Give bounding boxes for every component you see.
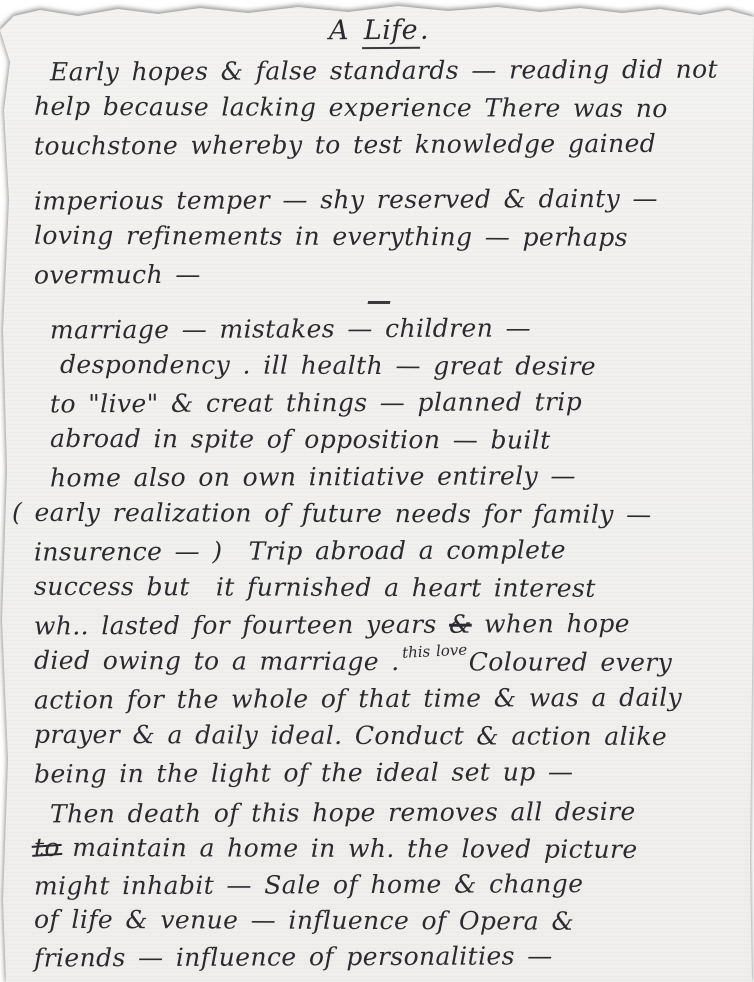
handwritten-line: success butit furnished a heart interest xyxy=(34,568,724,607)
handwritten-line: Then death of this hope removes all desi… xyxy=(34,793,724,832)
line-segment: when hope xyxy=(472,609,630,639)
handwritten-line: touchstone whereby to test knowledge gai… xyxy=(34,124,724,164)
interlinear-insertion: this love xyxy=(401,644,467,659)
title-underlined-word: Life xyxy=(362,15,420,49)
line-segment: died owing to a marriage . xyxy=(34,646,400,676)
handwritten-line-with-strikeout: to maintain a home in wh. the loved pict… xyxy=(34,830,724,868)
handwritten-line: prayer & a daily ideal. Conduct & action… xyxy=(34,716,724,755)
handwritten-line: help because lacking experience There wa… xyxy=(34,88,724,127)
manuscript-page: A Life. Early hopes & false standards — … xyxy=(0,0,754,982)
handwritten-line: friends — influence of personalities — xyxy=(34,937,724,976)
handwritten-line: despondency . ill health — great desire xyxy=(34,346,724,385)
handwritten-line: overmuch — xyxy=(34,253,724,293)
handwritten-line: Early hopes & false standards — reading … xyxy=(34,50,724,90)
handwritten-line: ( early realization of future needs for … xyxy=(12,494,724,533)
handwritten-line: home also on own initiative entirely — xyxy=(34,456,724,496)
handwritten-line: marriage — mistakes — children — xyxy=(34,308,724,348)
line-segment: Coloured every xyxy=(469,647,673,677)
handwritten-line: action for the whole of that time & was … xyxy=(34,678,724,718)
paragraph-death-of-hope: Then death of this hope removes all desi… xyxy=(34,795,724,975)
paragraph-marriage: marriage — mistakes — children — despond… xyxy=(34,310,724,791)
section-divider-dash: — xyxy=(34,292,724,308)
handwritten-line-with-strikeout: wh.. lasted for fourteen years & when ho… xyxy=(34,604,724,644)
handwritten-line: loving refinements in everything — perha… xyxy=(34,217,724,256)
title-period: . xyxy=(420,15,429,46)
handwritten-line: being in the light of the ideal set up — xyxy=(34,752,724,792)
line-segment: success but xyxy=(34,572,190,602)
handwriting-layer: A Life. Early hopes & false standards — … xyxy=(0,0,754,982)
line-segment: insurence — ) xyxy=(34,537,223,567)
handwritten-line: of life & venue — influence of Opera & xyxy=(34,902,724,940)
page-title: A Life. xyxy=(34,12,724,54)
handwritten-line: to "live" & creat things — planned trip xyxy=(34,382,724,422)
paper-sheet: A Life. Early hopes & false standards — … xyxy=(0,0,754,982)
paragraph-temper: imperious temper — shy reserved & dainty… xyxy=(34,181,724,292)
struck-out-word: & xyxy=(449,610,472,639)
handwritten-line: might inhabit — Sale of home & change xyxy=(34,865,724,904)
line-segment: it furnished a heart interest xyxy=(216,572,596,602)
handwritten-line: imperious temper — shy reserved & dainty… xyxy=(34,179,724,219)
line-segment: Trip abroad a complete xyxy=(248,535,566,565)
line-segment: wh.. lasted for fourteen years xyxy=(34,610,449,641)
struck-out-word: to xyxy=(34,833,60,862)
handwritten-line: insurence — )Trip abroad a complete xyxy=(34,530,724,570)
paragraph-early-hopes: Early hopes & false standards — reading … xyxy=(34,52,724,163)
title-prefix: A xyxy=(329,15,362,46)
line-segment: maintain a home in wh. the loved picture xyxy=(60,833,638,864)
handwritten-line: abroad in spite of opposition — built xyxy=(34,420,724,459)
handwritten-line-with-insertion: died owing to a marriage .this loveColou… xyxy=(34,642,724,681)
